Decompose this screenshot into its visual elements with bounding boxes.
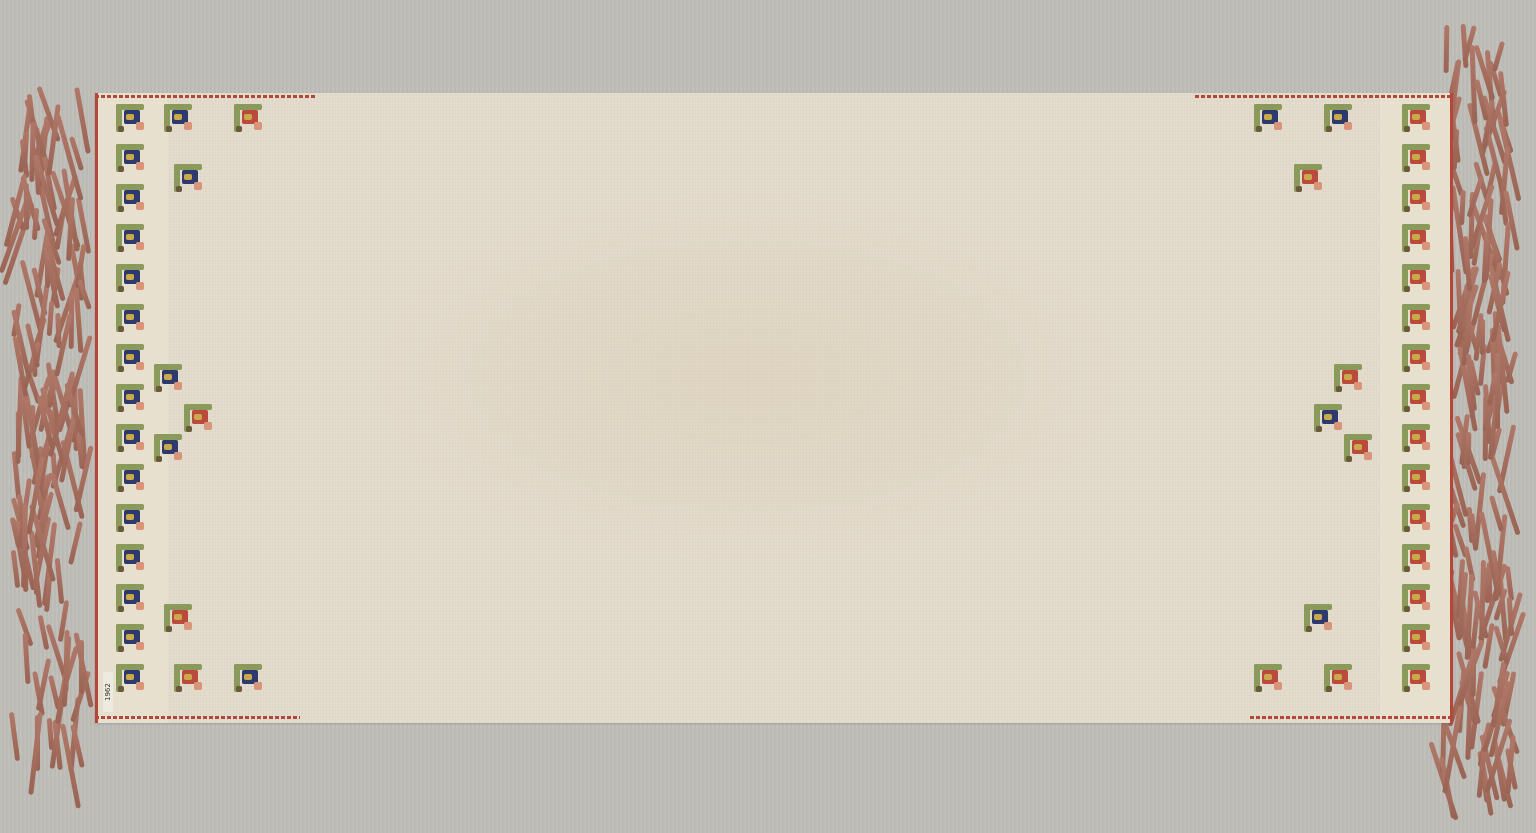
floral-motif xyxy=(160,600,196,636)
fringe-strand xyxy=(46,301,53,336)
floral-motif xyxy=(1320,660,1356,696)
floral-motif xyxy=(112,420,148,456)
fringe-strand xyxy=(1495,353,1500,429)
floral-motif xyxy=(170,160,206,196)
fringe-strand xyxy=(1460,189,1467,224)
floral-motif xyxy=(1398,340,1434,376)
floral-motif xyxy=(1398,140,1434,176)
floral-motif xyxy=(112,180,148,216)
floral-motif xyxy=(112,300,148,336)
floral-motif xyxy=(150,430,186,466)
floral-motif xyxy=(1398,500,1434,536)
top-left-stitch-line xyxy=(95,95,315,98)
fringe-strand xyxy=(28,711,43,794)
floral-motif xyxy=(112,380,148,416)
floral-motif xyxy=(150,360,186,396)
bottom-left-stitch-line xyxy=(95,716,300,719)
bottom-right-stitch-line xyxy=(1250,716,1450,719)
floral-motif xyxy=(1398,540,1434,576)
floral-motif xyxy=(1300,600,1336,636)
floral-motif xyxy=(1398,420,1434,456)
fringe-strand xyxy=(45,252,50,288)
floral-motif xyxy=(112,140,148,176)
floral-motif xyxy=(112,500,148,536)
floral-motif xyxy=(1398,580,1434,616)
fringe-strand xyxy=(1492,41,1505,72)
floral-motif xyxy=(1320,100,1356,136)
floral-motif xyxy=(170,660,206,696)
fringe-strand xyxy=(1488,495,1503,532)
floral-motif xyxy=(1398,460,1434,496)
fringe-strand xyxy=(54,558,63,604)
floral-motif xyxy=(1398,660,1434,696)
fringe-strand xyxy=(1443,25,1449,74)
floral-motif xyxy=(112,220,148,256)
floral-motif xyxy=(1398,300,1434,336)
floral-motif xyxy=(112,340,148,376)
floral-motif xyxy=(1398,220,1434,256)
floral-motif xyxy=(1398,380,1434,416)
fringe-strand xyxy=(1466,432,1472,465)
floral-motif xyxy=(1250,660,1286,696)
floral-motif xyxy=(1250,100,1286,136)
linen-cloth xyxy=(95,93,1453,723)
top-right-stitch-line xyxy=(1195,95,1450,98)
floral-motif xyxy=(160,100,196,136)
left-fringe xyxy=(12,85,97,785)
floral-motif xyxy=(1330,360,1366,396)
floral-motif xyxy=(1398,260,1434,296)
inventory-label: 1962 xyxy=(103,672,113,712)
fringe-strand xyxy=(75,88,92,155)
floral-motif xyxy=(112,580,148,616)
floral-motif xyxy=(1398,620,1434,656)
floral-motif xyxy=(1398,100,1434,136)
fringe-strand xyxy=(22,131,29,167)
floral-motif xyxy=(1398,180,1434,216)
fringe-strand xyxy=(79,640,84,694)
floral-motif xyxy=(1340,430,1376,466)
floral-motif xyxy=(112,260,148,296)
fringe-strand xyxy=(24,183,29,230)
floral-motif xyxy=(112,100,148,136)
floral-motif xyxy=(112,660,148,696)
floral-motif xyxy=(230,100,266,136)
floral-motif xyxy=(230,660,266,696)
floral-motif xyxy=(112,620,148,656)
floral-motif xyxy=(112,540,148,576)
floral-motif xyxy=(1290,160,1326,196)
floral-motif xyxy=(112,460,148,496)
